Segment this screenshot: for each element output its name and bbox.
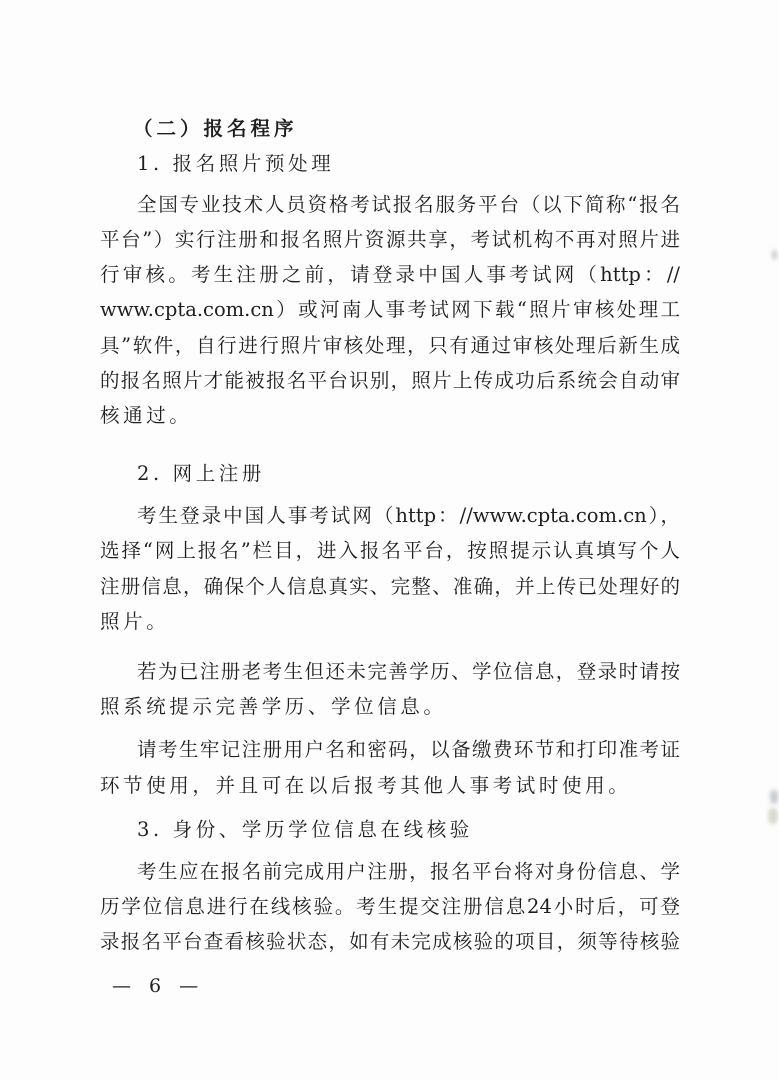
subsection-title-1: 1. 报名照片预处理	[137, 149, 334, 179]
paragraph-line: 请考生牢记注册用户名和密码，以备缴费环节和打印准考证	[137, 735, 680, 765]
paragraph-line: 历学位信息进行在线核验。考生提交注册信息24小时后，可登	[100, 892, 680, 922]
paragraph-line: 照片。	[100, 607, 169, 637]
paragraph-line: 考生登录中国人事考试网（http：//www.cpta.com.cn），	[137, 501, 680, 531]
subsection-title-2: 2. 网上注册	[137, 459, 265, 489]
paragraph-line: 考生应在报名前完成用户注册，报名平台将对身份信息、学	[137, 857, 680, 887]
paragraph-line: 注册信息，确保个人信息真实、完整、准确，并上传已处理好的	[100, 572, 680, 602]
paragraph-line: 具”软件，自行进行照片审核处理，只有通过审核处理后新生成	[100, 331, 680, 361]
paragraph-line: 照系统提示完善学历、学位信息。	[100, 692, 447, 722]
scan-artifact	[772, 250, 777, 260]
paragraph-line: 全国专业技术人员资格考试报名服务平台（以下简称“报名	[137, 190, 680, 220]
paragraph-line: 的报名照片才能被报名平台识别，照片上传成功后系统会自动审	[100, 366, 680, 396]
page-number: — 6 —	[112, 971, 204, 1001]
document-page: （二）报名程序 1. 报名照片预处理 全国专业技术人员资格考试报名服务平台（以下…	[0, 0, 779, 1080]
paragraph-line: 环节使用，并且可在以后报考其他人事考试时使用。	[100, 771, 631, 801]
paragraph-line: 行审核。考生注册之前，请登录中国人事考试网（http：//	[100, 260, 680, 290]
paragraph-line: 录报名平台查看核验状态，如有未完成核验的项目，须等待核验	[100, 927, 680, 957]
paragraph-line: 选择“网上报名”栏目，进入报名平台，按照提示认真填写个人	[100, 536, 680, 566]
paragraph-line: 平台”）实行注册和报名照片资源共享，考试机构不再对照片进	[100, 225, 680, 255]
scan-artifact	[770, 790, 778, 804]
subsection-title-3: 3. 身份、学历学位信息在线核验	[137, 815, 473, 845]
paragraph-line: 核通过。	[100, 401, 192, 431]
scan-artifact	[768, 808, 778, 824]
paragraph-line: www.cpta.com.cn）或河南人事考试网下载“照片审核处理工	[100, 295, 680, 325]
paragraph-line: 若为已注册老考生但还未完善学历、学位信息，登录时请按	[137, 657, 680, 687]
section-heading: （二）报名程序	[133, 114, 298, 144]
